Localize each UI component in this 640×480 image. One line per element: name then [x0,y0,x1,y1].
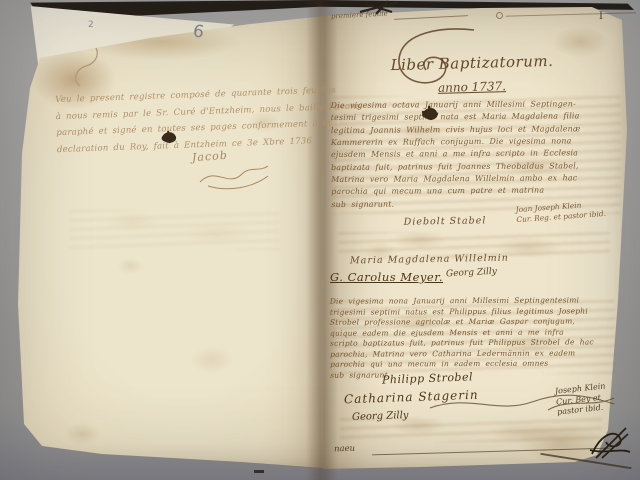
signature-flourish [428,388,618,416]
left-page [12,4,324,470]
ink-blot [160,129,178,144]
signature-paraph-flourish [198,162,272,190]
entry2-signature-witness: Georg Zilly [352,410,409,423]
baptism-entry-2: Die vigesima nona Januarij anni Millesim… [330,295,628,381]
ink-blot [420,104,440,122]
scanned-register-photo: 2 6 Veu le present registre composé de q… [0,0,640,480]
visa-opening-flourish [66,46,106,90]
pencil-number-small: 2 [88,20,94,30]
title-spiral-flourish [388,24,476,90]
top-cross-flourish [358,0,402,16]
small-ring-mark [496,12,503,19]
visa-note: Veu le present registre composé de quara… [55,84,293,158]
entry2-godfather-name: G. Carolus Meyer. [330,270,443,284]
footer-note: naeu [334,444,355,455]
baptism-entry-1: Die vigesima octava Januarij anni Milles… [331,98,624,211]
bottom-right-paraph [586,424,632,462]
gutter-bottom-mark [254,470,264,473]
entry1-witness-name: Diebolt Stabel [380,215,510,228]
folio-number: I [599,11,603,22]
